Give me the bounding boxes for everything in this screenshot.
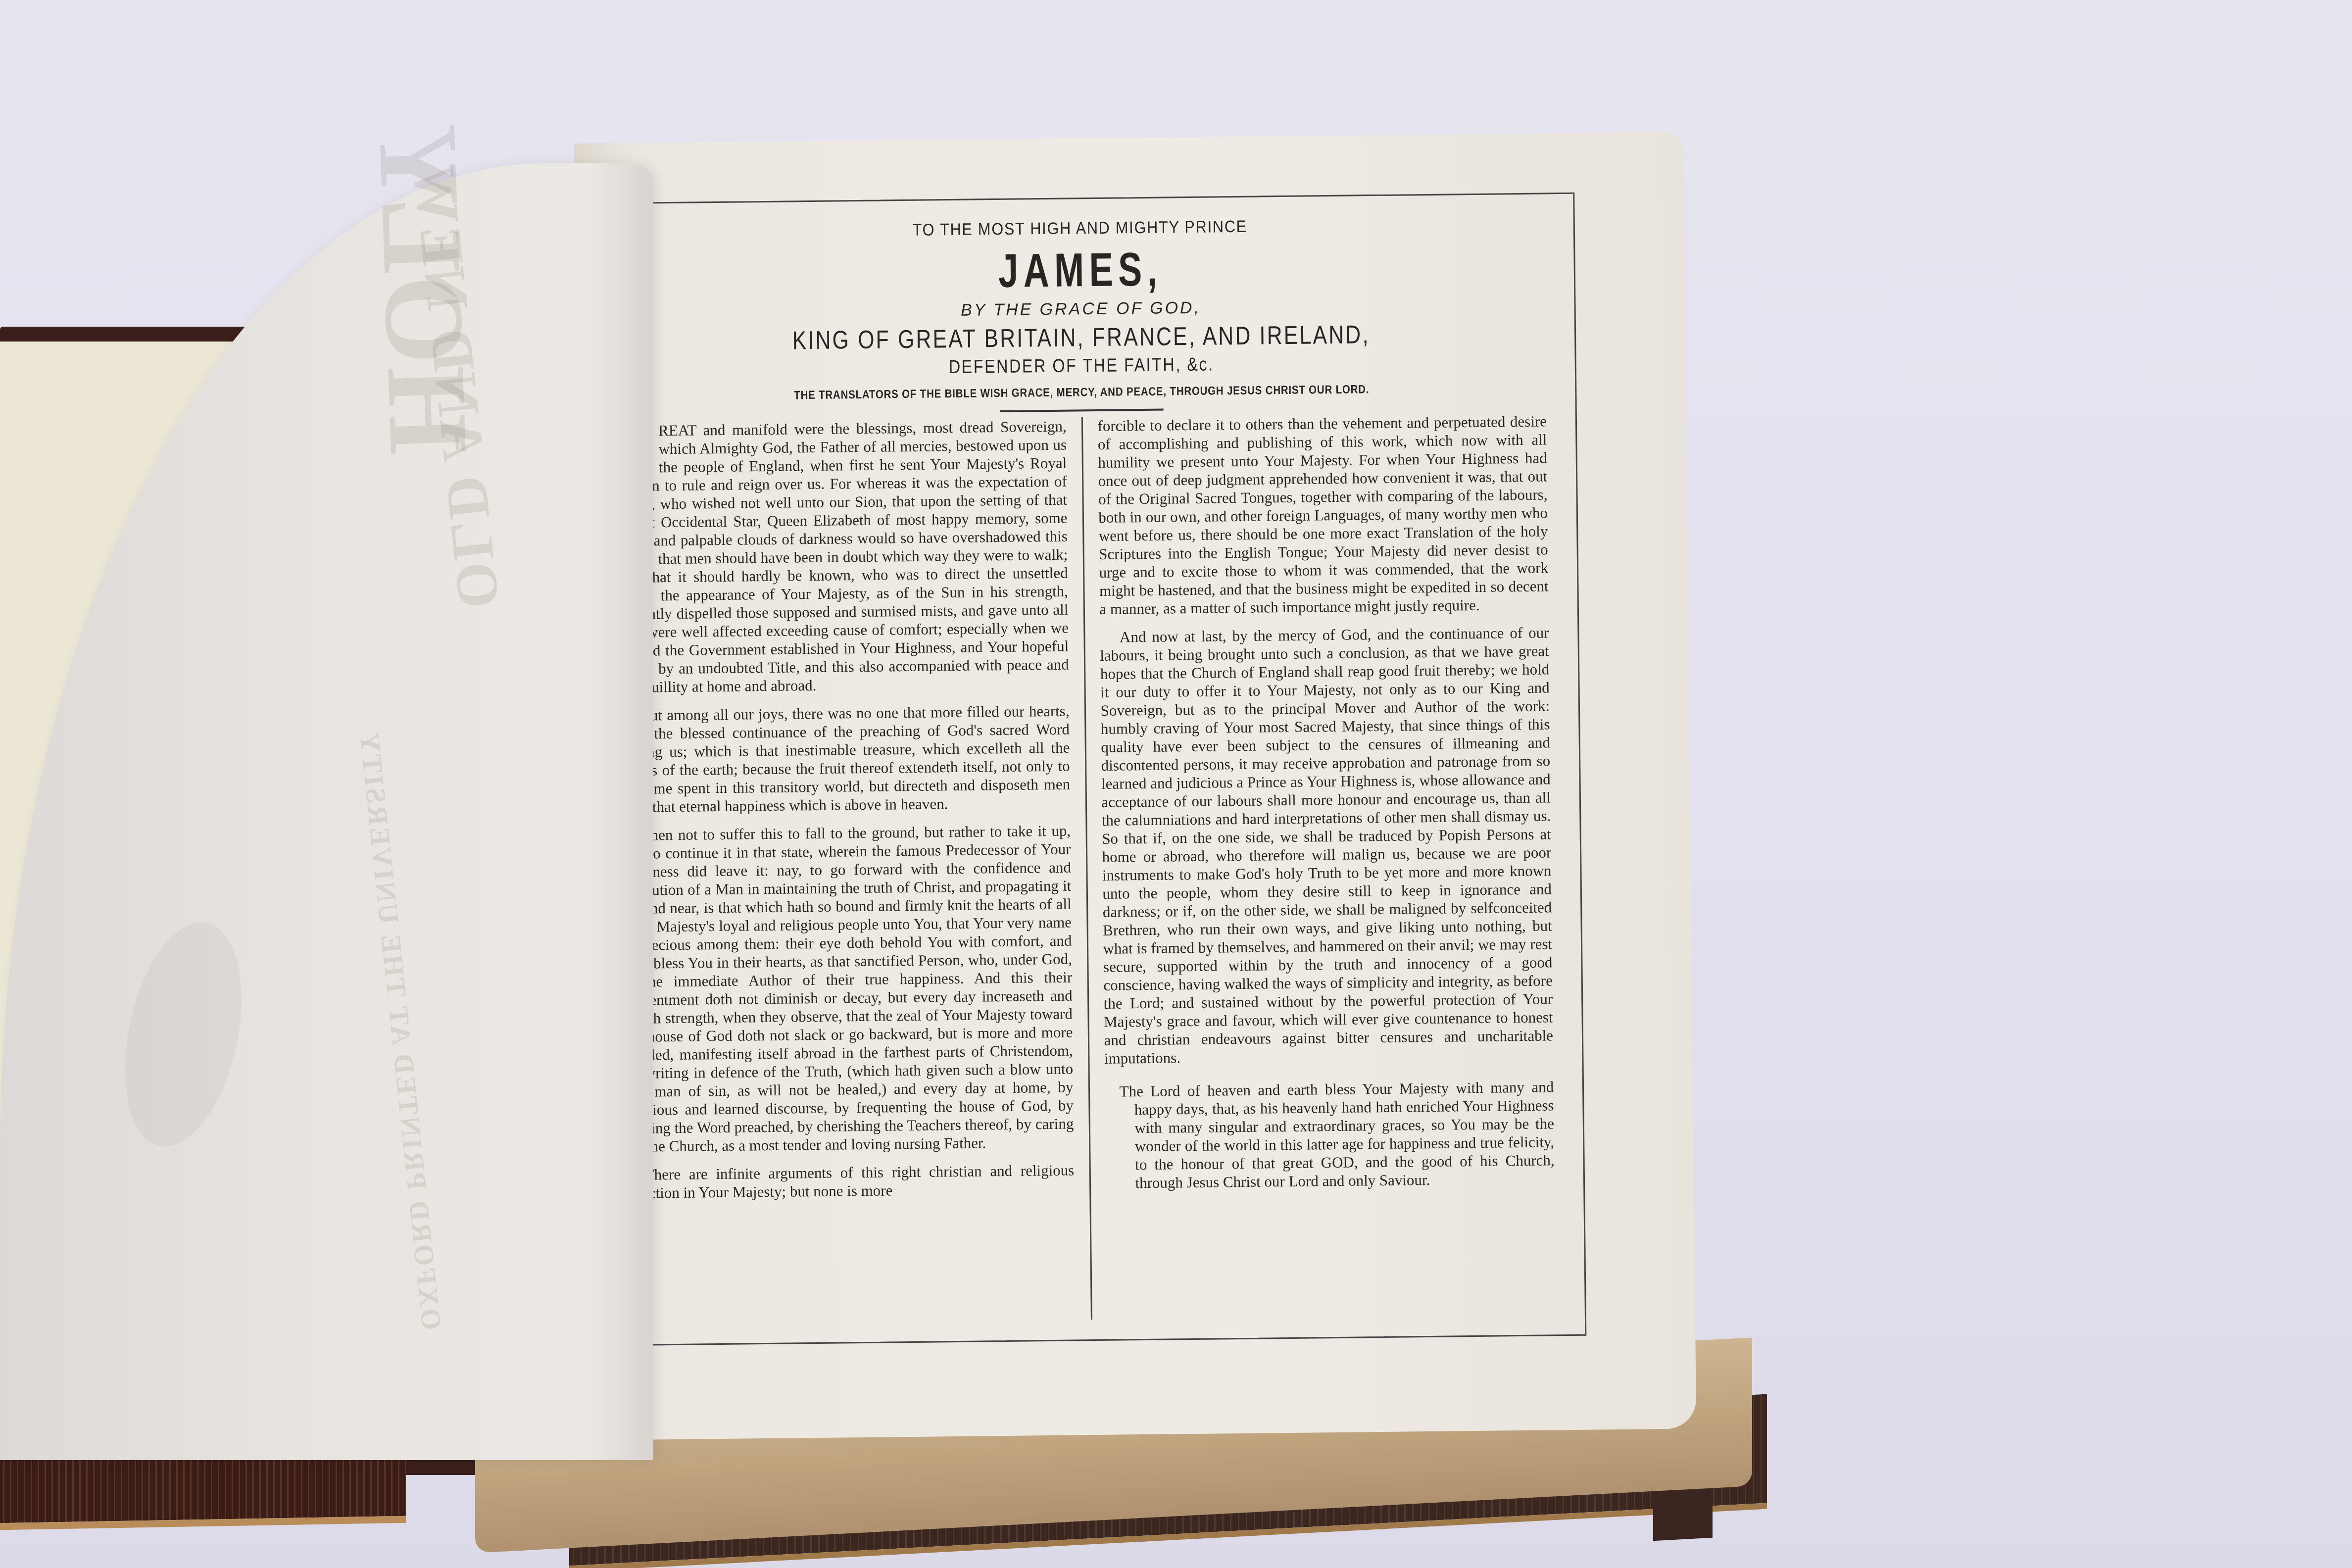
paragraph: And now at last, by the mercy of God, an… — [1100, 623, 1554, 1067]
closing-paragraph: The Lord of heaven and earth bless Your … — [1104, 1078, 1555, 1192]
paragraph-text: REAT and manifold were the blessings, mo… — [618, 418, 1069, 696]
page-border-frame: TO THE MOST HIGH AND MIGHTY PRINCE JAMES… — [585, 193, 1586, 1346]
header-name: JAMES, — [710, 239, 1451, 301]
dedication-header: TO THE MOST HIGH AND MIGHTY PRINCE JAMES… — [586, 204, 1575, 417]
text-columns: G REAT and manifold were the blessings, … — [603, 412, 1570, 1324]
paragraph: G REAT and manifold were the blessings, … — [617, 417, 1069, 696]
show-through-imprint: OXFORD PRINTED AT THE UNIVERSITY — [353, 729, 447, 1331]
header-translators: THE TRANSLATORS OF THE BIBLE WISH GRACE,… — [662, 381, 1501, 404]
header-defender: DEFENDER OF THE FAITH, &c. — [662, 351, 1501, 381]
show-through-crest-icon — [106, 912, 260, 1157]
right-page: TO THE MOST HIGH AND MIGHTY PRINCE JAMES… — [574, 132, 1696, 1440]
left-column: G REAT and manifold were the blessings, … — [603, 417, 1090, 1324]
paragraph: But among all our joys, there was no one… — [620, 702, 1071, 816]
photo-scene: TO THE MOST HIGH AND MIGHTY PRINCE JAMES… — [0, 0, 2352, 1568]
right-column: forcible to declare it to others than th… — [1083, 412, 1570, 1320]
paragraph: There are infinite arguments of this rig… — [625, 1161, 1075, 1202]
paragraph: Then not to suffer this to fall to the g… — [621, 822, 1074, 1156]
header-line-prince: TO THE MOST HIGH AND MIGHTY PRINCE — [636, 214, 1524, 243]
paragraph: forcible to declare it to others than th… — [1097, 412, 1549, 618]
header-king: KING OF GREAT BRITAIN, FRANCE, AND IRELA… — [676, 319, 1486, 357]
header-rule — [1000, 409, 1164, 412]
